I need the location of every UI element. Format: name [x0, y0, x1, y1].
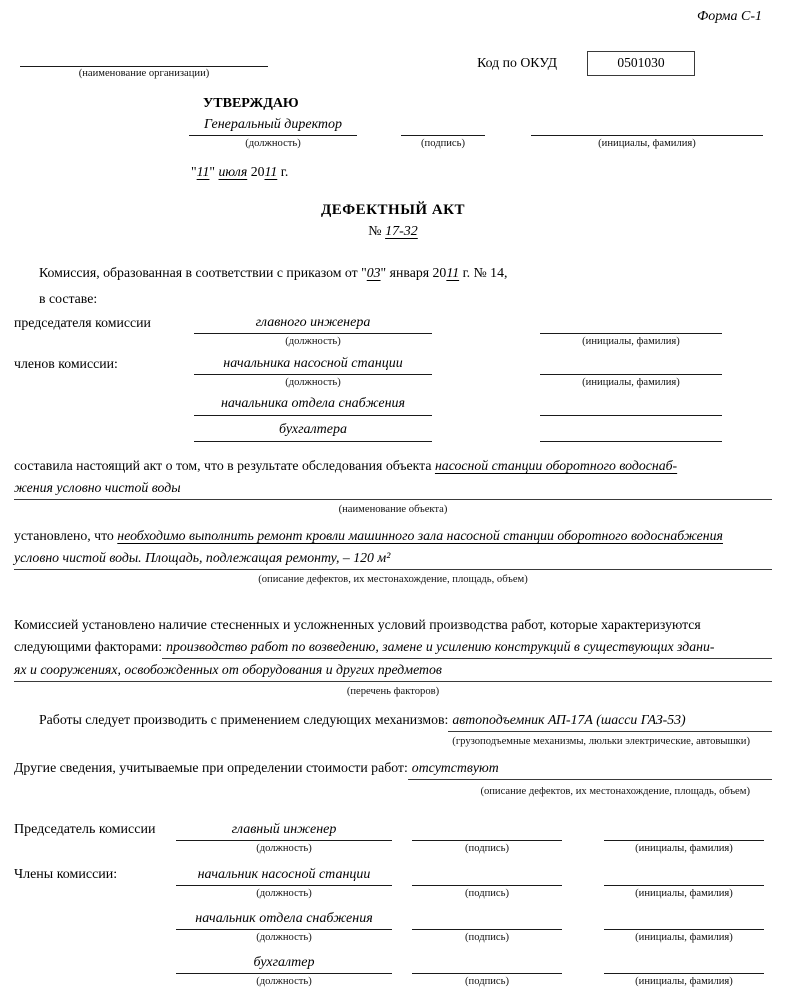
conditions-line2-label: следующими факторами: [14, 636, 162, 658]
signature-position-value: начальник отдела снабжения [176, 910, 392, 930]
object-lead-line: составила настоящий акт о том, что в рез… [14, 455, 772, 477]
signature-position-caption: (должность) [176, 975, 392, 989]
defects-lead-line: установлено, что необходимо выполнить ре… [14, 525, 772, 547]
order-month: января [390, 265, 429, 280]
approval-position-value: Генеральный директор [189, 116, 357, 136]
approval-sign-cell: (подпись) [401, 116, 485, 151]
date-month: июля [219, 164, 248, 179]
signature-name-line [604, 954, 764, 974]
approval-sign-line [401, 116, 485, 136]
signature-name-caption: (инициалы, фамилия) [604, 842, 764, 856]
signature-sign-caption: (подпись) [412, 887, 562, 901]
mechanisms-section: Работы следует производить с применением… [14, 709, 772, 749]
number-value: 17-32 [385, 224, 418, 239]
date-close-quote: " [209, 164, 215, 179]
defects-lead: установлено, что [14, 528, 114, 543]
signature-sign-caption: (подпись) [412, 931, 562, 945]
commission-name-line [540, 395, 722, 416]
commission-row: членов комиссии: начальника насосной ста… [14, 355, 772, 390]
commission-position-cell: главного инженера (должность) [194, 314, 432, 349]
signature-row: Председатель комиссии главный инженер (д… [14, 821, 772, 856]
document-title: ДЕФЕКТНЫЙ АКТ [14, 200, 772, 220]
document-title-block: ДЕФЕКТНЫЙ АКТ № 17-32 [14, 200, 772, 242]
signature-position-caption: (должность) [176, 842, 392, 856]
signature-position-caption: (должность) [176, 931, 392, 945]
commission-row: бухгалтера [14, 421, 772, 442]
form-code-label: Форма С-1 [14, 8, 772, 27]
signature-name-caption: (инициалы, фамилия) [604, 975, 764, 989]
conditions-value-part1: производство работ по возведению, замене… [162, 636, 772, 659]
commission-name-cell [540, 395, 722, 416]
other-info-value: отсутствуют [408, 757, 772, 780]
organization-name-caption: (наименование организации) [20, 67, 268, 81]
signature-position-caption: (должность) [176, 887, 392, 901]
order-tail: г. № 14, [463, 265, 508, 280]
order-paragraph: Комиссия, образованная в соответствии с … [14, 264, 772, 283]
signature-name-line [604, 821, 764, 841]
order-day: 03 [367, 265, 381, 280]
signature-name-cell: (инициалы, фамилия) [604, 954, 764, 989]
document-header-row: (наименование организации) Код по ОКУД 0… [14, 51, 772, 81]
approval-name-line [531, 116, 763, 136]
signature-position-value: начальник насосной станции [176, 866, 392, 886]
approval-position-cell: Генеральный директор (должность) [189, 116, 357, 151]
commission-name-cell: (инициалы, фамилия) [540, 355, 722, 390]
organization-name-line [20, 51, 268, 67]
defects-section: установлено, что необходимо выполнить ре… [14, 525, 772, 587]
mechanisms-label: Работы следует производить с применением… [39, 709, 448, 731]
approval-name-caption: (инициалы, фамилия) [531, 137, 763, 151]
mechanisms-value: автоподъемник АП-17А (шасси ГАЗ-53) [448, 709, 772, 732]
signature-sign-cell: (подпись) [412, 910, 562, 945]
conditions-section: Комиссией установлено наличие стесненных… [14, 614, 772, 699]
conditions-line1: Комиссией установлено наличие стесненных… [14, 614, 772, 636]
document-number: № 17-32 [14, 223, 772, 242]
defects-caption: (описание дефектов, их местонахождение, … [14, 573, 772, 587]
conditions-caption: (перечень факторов) [14, 685, 772, 699]
signature-sign-line [412, 910, 562, 930]
commission-position-cell: начальника насосной станции (должность) [194, 355, 432, 390]
signature-sign-caption: (подпись) [412, 842, 562, 856]
object-caption: (наименование объекта) [14, 503, 772, 517]
approval-sign-caption: (подпись) [401, 137, 485, 151]
approval-heading: УТВЕРЖДАЮ [203, 95, 772, 114]
commission-position-value: главного инженера [194, 314, 432, 334]
commission-row-label: председателя комиссии [14, 314, 194, 333]
signature-row-label: Председатель комиссии [14, 821, 176, 840]
other-info-line: Другие сведения, учитываемые при определ… [14, 757, 772, 780]
commission-name-line [540, 421, 722, 442]
approval-block: УТВЕРЖДАЮ Генеральный директор (должност… [189, 95, 772, 182]
signature-sign-cell: (подпись) [412, 954, 562, 989]
commission-name-cell: (инициалы, фамилия) [540, 314, 722, 349]
object-section: составила настоящий акт о том, что в рез… [14, 455, 772, 517]
order-year-printed: 20 [433, 265, 447, 280]
defects-value-part1: необходимо выполнить ремонт кровли машин… [117, 528, 723, 543]
date-year-printed: 20 [251, 164, 265, 179]
signature-position-cell: бухгалтер (должность) [176, 954, 392, 989]
commission-members-block: председателя комиссии главного инженера … [14, 314, 772, 442]
object-value-part1: насосной станции оборотного водоснаб- [435, 458, 677, 473]
order-close-quote: " [381, 265, 387, 280]
approval-position-caption: (должность) [189, 137, 357, 151]
conditions-value-part2: ях и сооружениях, освобожденных от обору… [14, 659, 772, 682]
signature-row: начальник отдела снабжения (должность) (… [14, 910, 772, 945]
commission-position-cell: начальника отдела снабжения [194, 395, 432, 416]
signature-row-label: Члены комиссии: [14, 866, 176, 885]
signature-sign-caption: (подпись) [412, 975, 562, 989]
signature-position-cell: начальник отдела снабжения (должность) [176, 910, 392, 945]
mechanisms-line: Работы следует производить с применением… [14, 709, 772, 732]
signature-position-cell: начальник насосной станции (должность) [176, 866, 392, 901]
approval-signature-row: Генеральный директор (должность) (подпис… [189, 116, 772, 151]
date-year-written: 11 [264, 164, 277, 179]
signature-position-value: главный инженер [176, 821, 392, 841]
order-year-written: 11 [446, 265, 459, 280]
signature-sign-line [412, 821, 562, 841]
okud-label: Код по ОКУД [477, 54, 557, 73]
object-lead: составила настоящий акт о том, что в рез… [14, 458, 432, 473]
signature-position-cell: главный инженер (должность) [176, 821, 392, 856]
defect-act-document: Форма С-1 (наименование организации) Код… [0, 0, 788, 906]
commission-name-caption: (инициалы, фамилия) [540, 335, 722, 349]
signature-name-line [604, 910, 764, 930]
signature-name-line [604, 866, 764, 886]
commission-name-line [540, 314, 722, 334]
composition-label: в составе: [39, 290, 772, 309]
conditions-line2: следующими факторами: производство работ… [14, 636, 772, 659]
other-info-section: Другие сведения, учитываемые при определ… [14, 757, 772, 799]
commission-position-value: начальника отдела снабжения [194, 395, 432, 416]
other-info-label: Другие сведения, учитываемые при определ… [14, 757, 408, 779]
signature-sign-cell: (подпись) [412, 821, 562, 856]
object-value-part2: жения условно чистой воды [14, 477, 772, 500]
commission-position-cell: бухгалтера [194, 421, 432, 442]
order-prefix: Комиссия, образованная в соответствии с … [39, 265, 358, 280]
mechanisms-caption: (грузоподъемные механизмы, люльки электр… [14, 735, 772, 749]
signature-name-cell: (инициалы, фамилия) [604, 866, 764, 901]
okud-group: Код по ОКУД 0501030 [477, 51, 695, 76]
organization-name-block: (наименование организации) [20, 51, 268, 81]
commission-row: председателя комиссии главного инженера … [14, 314, 772, 349]
signature-sign-line [412, 866, 562, 886]
defects-value-part2: условно чистой воды. Площадь, подлежащая… [14, 547, 772, 570]
commission-name-cell [540, 421, 722, 442]
date-day: 11 [197, 164, 210, 179]
signature-sign-cell: (подпись) [412, 866, 562, 901]
commission-name-line [540, 355, 722, 375]
other-info-caption: (описание дефектов, их местонахождение, … [14, 785, 772, 799]
okud-code-box: 0501030 [587, 51, 695, 76]
approval-name-cell: (инициалы, фамилия) [531, 116, 763, 151]
number-sign: № [368, 224, 381, 239]
signature-position-value: бухгалтер [176, 954, 392, 974]
signature-name-cell: (инициалы, фамилия) [604, 821, 764, 856]
signature-sign-line [412, 954, 562, 974]
signature-row: бухгалтер (должность) (подпись) (инициал… [14, 954, 772, 989]
signature-name-caption: (инициалы, фамилия) [604, 931, 764, 945]
commission-position-caption: (должность) [194, 376, 432, 390]
commission-row-label: членов комиссии: [14, 355, 194, 374]
signature-name-cell: (инициалы, фамилия) [604, 910, 764, 945]
commission-row: начальника отдела снабжения [14, 395, 772, 416]
signature-row: Члены комиссии: начальник насосной станц… [14, 866, 772, 901]
commission-position-value: бухгалтера [194, 421, 432, 442]
commission-position-value: начальника насосной станции [194, 355, 432, 375]
date-era: г. [281, 164, 289, 179]
signature-name-caption: (инициалы, фамилия) [604, 887, 764, 901]
commission-name-caption: (инициалы, фамилия) [540, 376, 722, 390]
approval-date: "11" июля 2011 г. [191, 163, 772, 182]
commission-position-caption: (должность) [194, 335, 432, 349]
